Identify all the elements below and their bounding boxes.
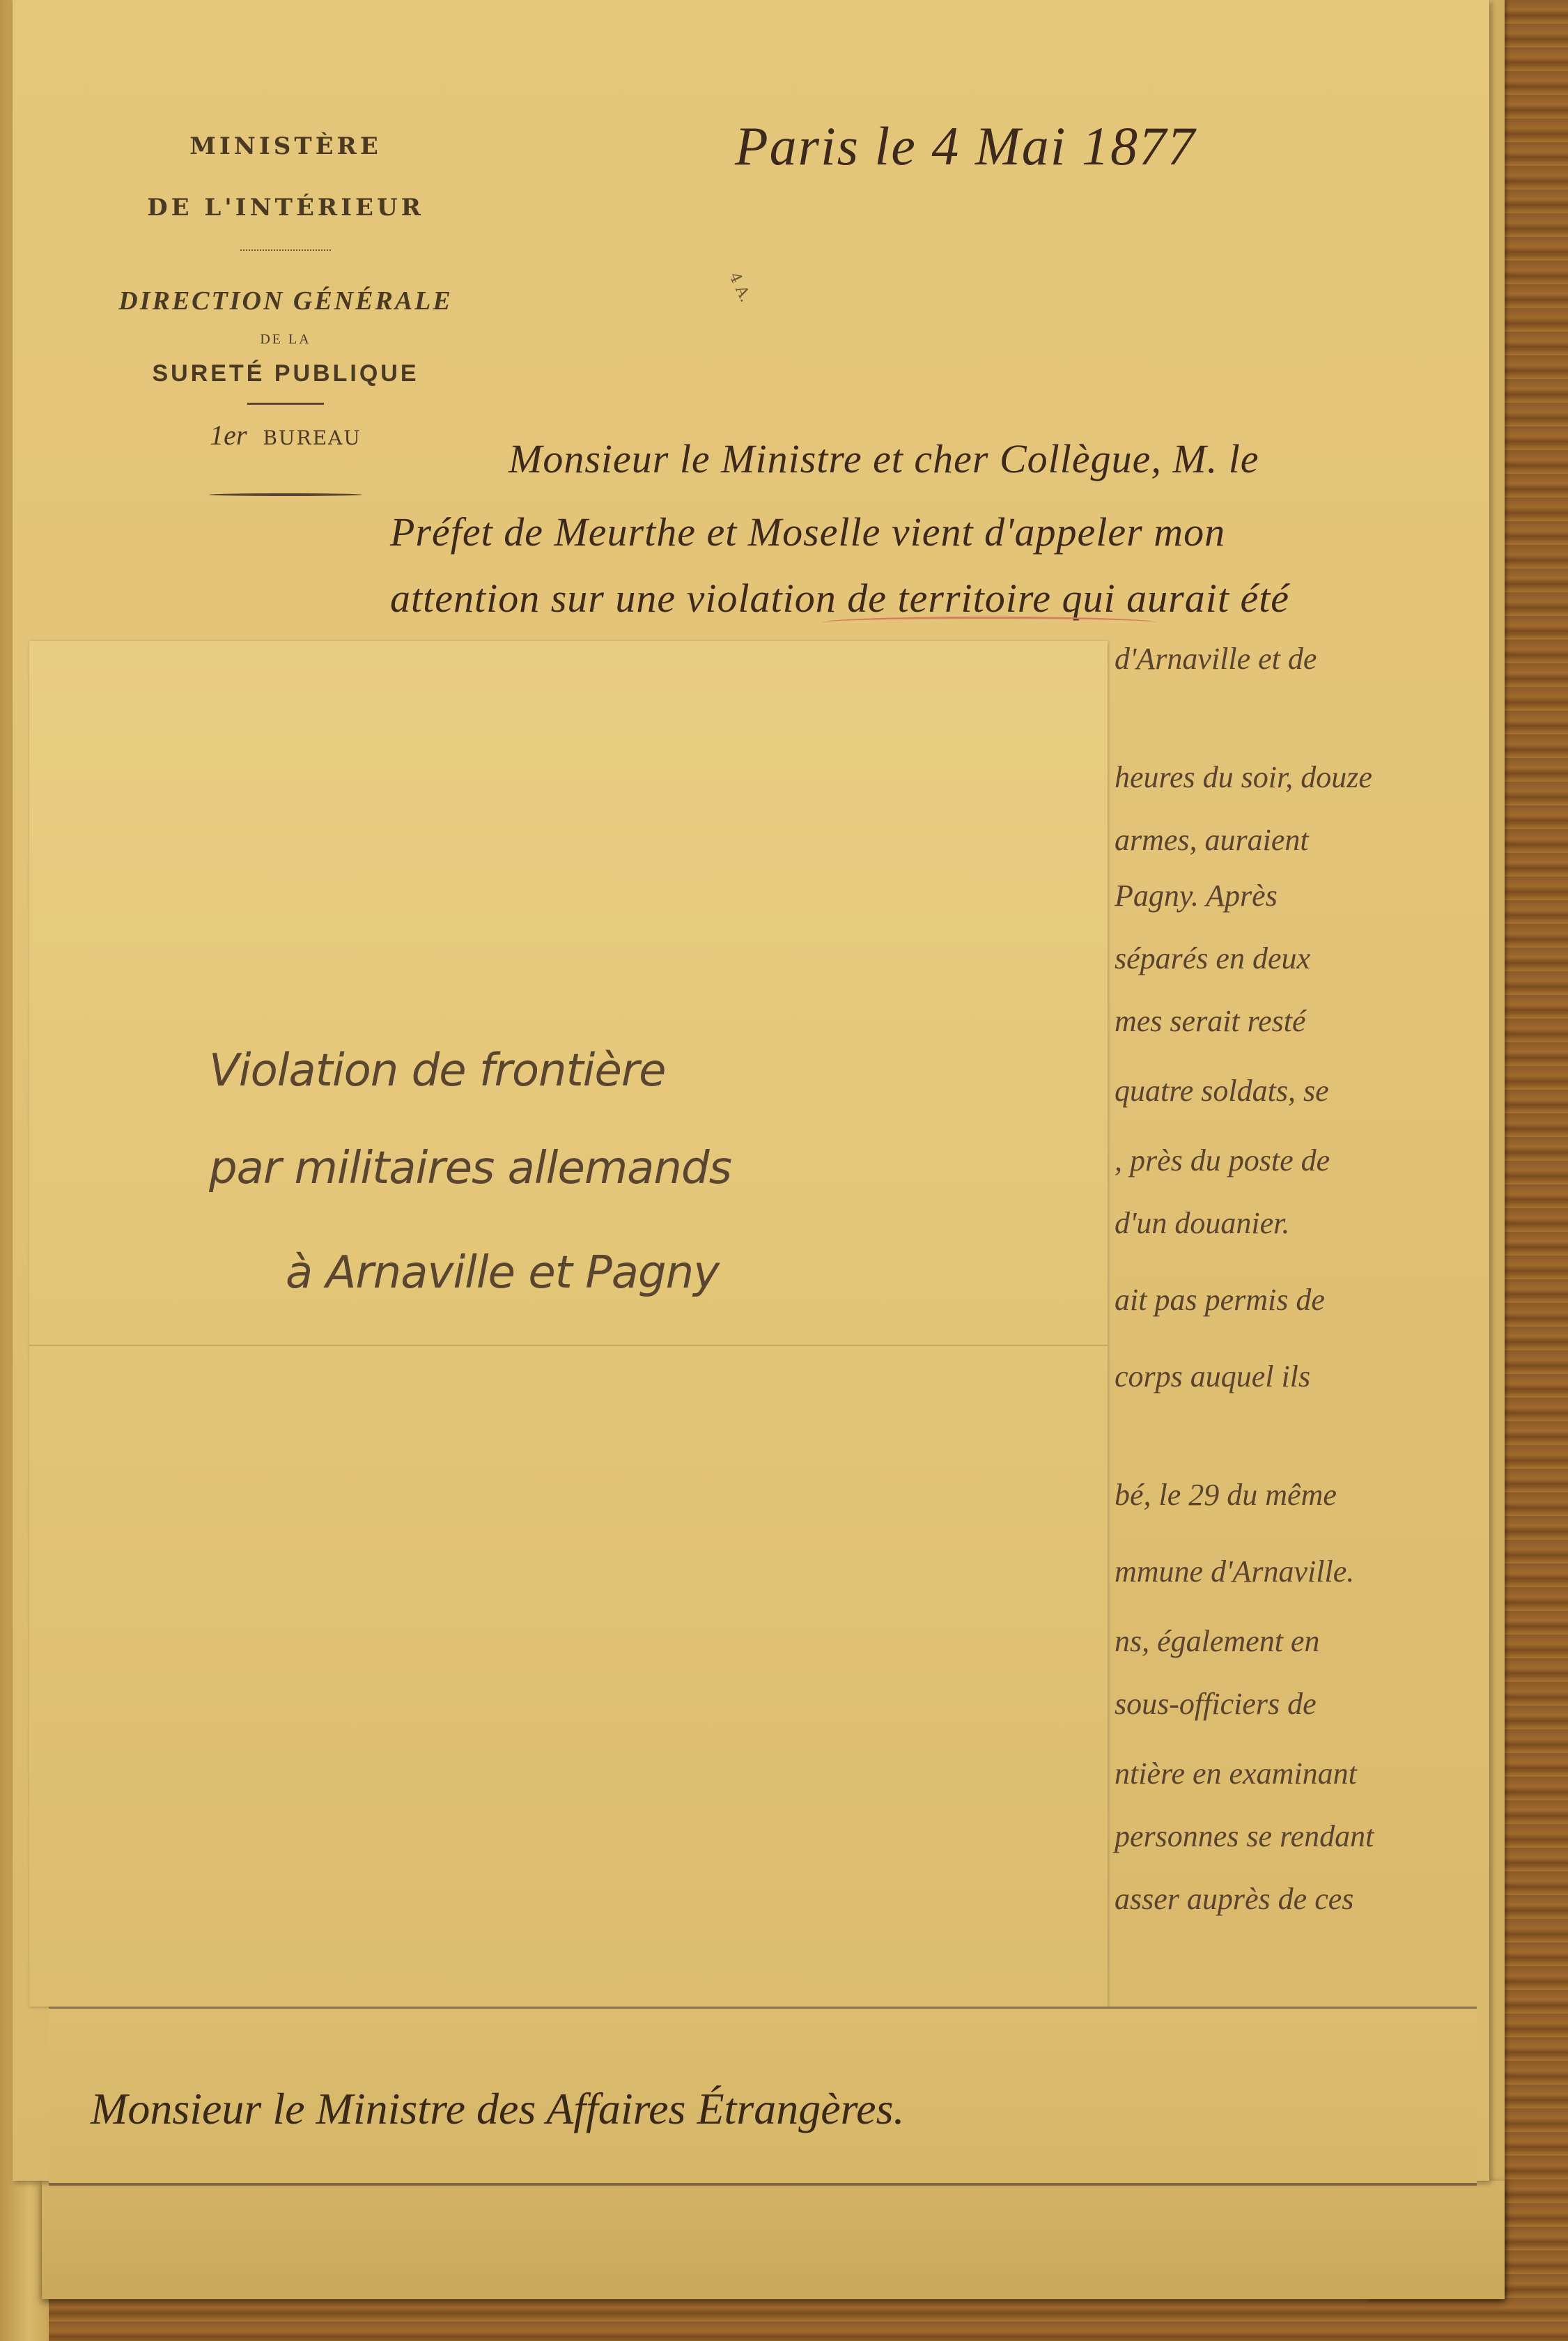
letterhead-surete: SURETÉ PUBLIQUE	[91, 360, 481, 387]
rule-divider	[247, 403, 324, 405]
letterhead-ministere: MINISTÈRE	[91, 132, 481, 160]
body-fragment: quatre soldats, se	[1115, 1073, 1329, 1108]
body-fragment: d'Arnaville et de	[1115, 641, 1317, 677]
bureau-line: 1er BUREAU	[91, 419, 481, 451]
body-line-2: Préfet de Meurthe et Moselle vient d'app…	[390, 509, 1225, 555]
note-line-2: par militaires allemands	[209, 1143, 731, 1194]
body-fragment: bé, le 29 du même	[1115, 1477, 1337, 1513]
letterhead-interieur: DE L'INTÉRIEUR	[91, 194, 481, 222]
recipient-address: Monsieur le Ministre des Affaires Étrang…	[91, 2083, 904, 2135]
body-fragment: mmune d'Arnaville.	[1115, 1554, 1354, 1589]
body-fragment: ait pas permis de	[1115, 1282, 1325, 1318]
body-fragment: ns, également en	[1115, 1623, 1319, 1659]
body-fragment: asser auprès de ces	[1115, 1881, 1353, 1917]
letterhead: MINISTÈRE DE L'INTÉRIEUR DIRECTION GÉNÉR…	[91, 132, 481, 496]
body-fragment: ntière en examinant	[1115, 1756, 1357, 1791]
body-line-1: Monsieur le Ministre et cher Collègue, M…	[509, 435, 1259, 482]
body-fragment: corps auquel ils	[1115, 1359, 1310, 1394]
lower-folded-sheet	[42, 2181, 1505, 2299]
body-fragment: armes, auraient	[1115, 822, 1309, 858]
bureau-number: 1er	[210, 419, 247, 451]
flourish-divider	[209, 493, 362, 496]
body-fragment: mes serait resté	[1115, 1003, 1306, 1039]
body-fragment: d'un douanier.	[1115, 1205, 1289, 1241]
body-line-3: attention sur une violation de territoir…	[390, 575, 1289, 621]
letterhead-de-la: DE LA	[91, 332, 481, 348]
pasted-summary-note	[29, 641, 1108, 2007]
note-line-1: Violation de frontière	[209, 1045, 666, 1097]
body-fragment: sous-officiers de	[1115, 1686, 1317, 1722]
body-fragment: heures du soir, douze	[1115, 759, 1372, 795]
body-fragment: Pagny. Après	[1115, 878, 1278, 913]
body-fragment: séparés en deux	[1115, 941, 1310, 976]
body-fragment: personnes se rendant	[1115, 1818, 1374, 1854]
note-fold-crease	[29, 1345, 1108, 1346]
bureau-label: BUREAU	[263, 426, 362, 449]
red-pencil-underline	[822, 617, 1156, 628]
letterhead-direction: DIRECTION GÉNÉRALE	[91, 286, 481, 316]
ornament-divider	[240, 249, 331, 251]
dateline: Paris le 4 Mai 1877	[735, 115, 1196, 178]
note-line-3: à Arnaville et Pagny	[286, 1247, 719, 1299]
body-fragment: , près du poste de	[1115, 1143, 1330, 1178]
